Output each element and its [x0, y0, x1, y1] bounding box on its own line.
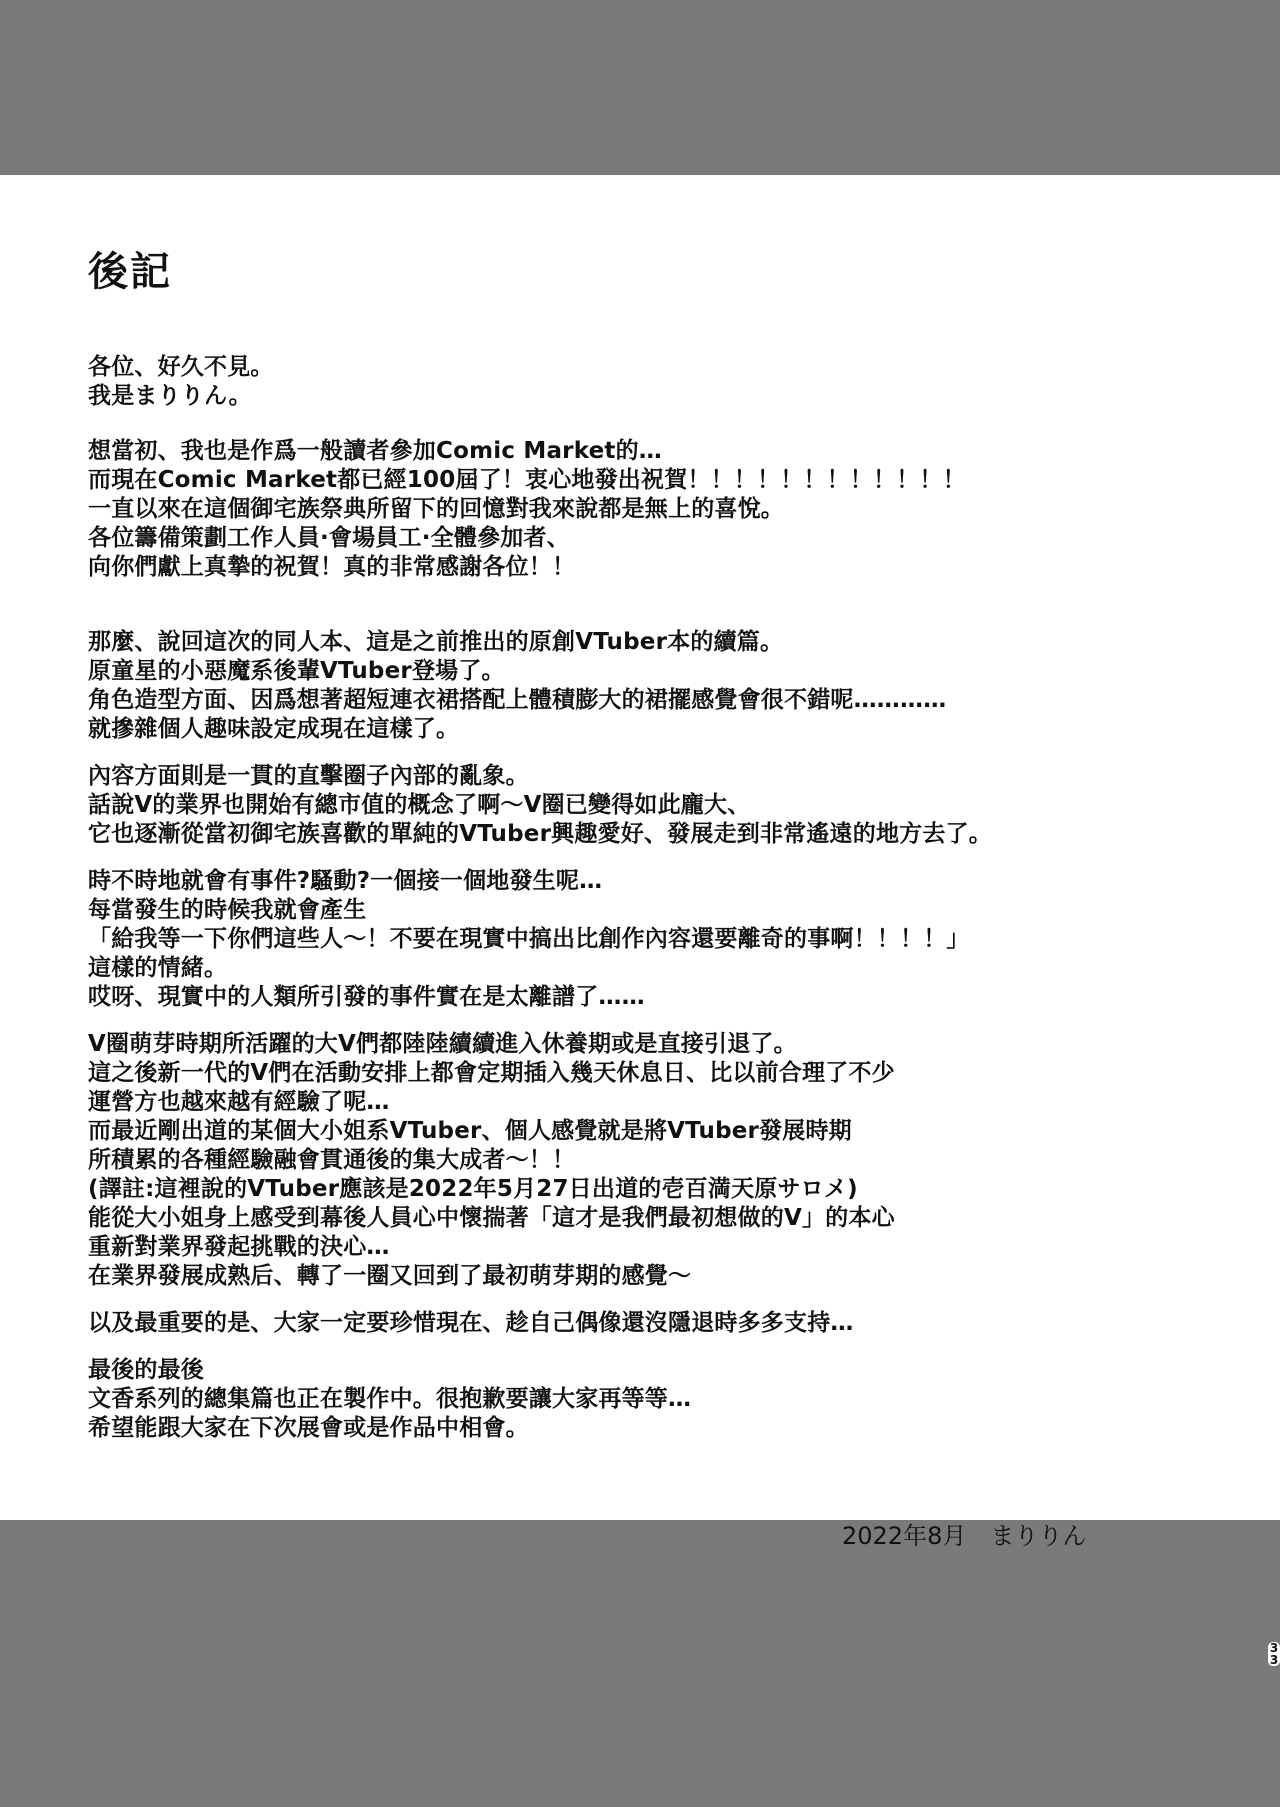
signature-date-author: 2022年8月 まりりん [842, 1521, 1086, 1551]
bottom-gray-margin [0, 1520, 1280, 1807]
text-line: 哎呀、現實中的人類所引發的事件實在是太離譜了…… [88, 983, 1208, 1012]
text-line: 重新對業界發起挑戰的決心… [88, 1233, 1208, 1262]
text-line: 時不時地就會有事件?騷動?一個接一個地發生呢… [88, 867, 1208, 896]
text-line: 能從大小姐身上感受到幕後人員心中懷揣著「這才是我們最初想做的V」的本心 [88, 1204, 1208, 1233]
text-line: 而最近剛出道的某個大小姐系VTuber、個人感覺就是將VTuber發展時期 [88, 1117, 1208, 1146]
paragraph-closing: 最後的最後 文香系列的總集篇也正在製作中。很抱歉要讓大家再等等… 希望能跟大家在… [88, 1356, 1208, 1443]
paragraph-vtuber-industry: V圈萌芽時期所活躍的大V們都陸陸續續進入休養期或是直接引退了。 這之後新一代的V… [88, 1030, 1208, 1291]
page-title: 後記 [88, 240, 172, 297]
text-line: 各位籌備策劃工作人員·會場員工·全體參加者、 [88, 524, 1208, 553]
text-line: 它也逐漸從當初御宅族喜歡的單純的VTuber興趣愛好、發展走到非常遙遠的地方去了… [88, 820, 1208, 849]
paragraph-book-intro: 那麼、說回這次的同人本、這是之前推出的原創VTuber本的續篇。 原童星的小惡魔… [88, 628, 1208, 744]
text-line: 以及最重要的是、大家一定要珍惜現在、趁自己偶像還沒隱退時多多支持… [88, 1309, 1208, 1338]
page-number: 33 [1268, 1642, 1280, 1666]
text-line: 所積累的各種經驗融會貫通後的集大成者～！！ [88, 1146, 1208, 1175]
text-line: 角色造型方面、因爲想著超短連衣裙搭配上體積膨大的裙擺感覺會很不錯呢………… [88, 686, 1208, 715]
top-gray-margin [0, 0, 1280, 175]
translator-note: (譯註:這裡說的VTuber應該是2022年5月27日出道的壱百満天原サロメ) [88, 1175, 1208, 1204]
paragraph-comic-market: 想當初、我也是作爲一般讀者參加Comic Market的… 而現在Comic M… [88, 437, 1208, 582]
text-line: 向你們獻上真摯的祝賀！真的非常感謝各位！！ [88, 553, 1208, 582]
text-line: V圈萌芽時期所活躍的大V們都陸陸續續進入休養期或是直接引退了。 [88, 1030, 1208, 1059]
text-line: 希望能跟大家在下次展會或是作品中相會。 [88, 1414, 1208, 1443]
text-line: 文香系列的總集篇也正在製作中。很抱歉要讓大家再等等… [88, 1385, 1208, 1414]
text-line: 內容方面則是一貫的直擊圈子內部的亂象。 [88, 762, 1208, 791]
text-line: 那麼、說回這次的同人本、這是之前推出的原創VTuber本的續篇。 [88, 628, 1208, 657]
text-line: 在業界發展成熟后、轉了一圈又回到了最初萌芽期的感覺～ [88, 1262, 1208, 1291]
paragraph-support: 以及最重要的是、大家一定要珍惜現在、趁自己偶像還沒隱退時多多支持… [88, 1309, 1208, 1338]
paragraph-greeting: 各位、好久不見。 我是まりりん。 [88, 353, 1208, 411]
text-line: 而現在Comic Market都已經100屆了！衷心地發出祝賀！！！！！！！！！… [88, 466, 1208, 495]
text-line: 這之後新一代的V們在活動安排上都會定期插入幾天休息日、比以前合理了不少 [88, 1059, 1208, 1088]
text-line: 我是まりりん。 [88, 382, 1208, 411]
text-line: 「給我等一下你們這些人～！不要在現實中搞出比創作內容還要離奇的事啊！！！！」 [88, 925, 1208, 954]
afterword-body: 各位、好久不見。 我是まりりん。 想當初、我也是作爲一般讀者參加Comic Ma… [88, 353, 1208, 1443]
text-line: 就摻雜個人趣味設定成現在這樣了。 [88, 715, 1208, 744]
paragraph-incidents: 時不時地就會有事件?騷動?一個接一個地發生呢… 每當發生的時候我就會產生 「給我… [88, 867, 1208, 1012]
text-line: 話說V的業界也開始有總市值的概念了啊～V圈已變得如此龐大、 [88, 791, 1208, 820]
text-line: 想當初、我也是作爲一般讀者參加Comic Market的… [88, 437, 1208, 466]
text-line: 原童星的小惡魔系後輩VTuber登場了。 [88, 657, 1208, 686]
text-line: 運營方也越來越有經驗了呢… [88, 1088, 1208, 1117]
text-line: 各位、好久不見。 [88, 353, 1208, 382]
text-line: 每當發生的時候我就會產生 [88, 896, 1208, 925]
text-line: 一直以來在這個御宅族祭典所留下的回憶對我來說都是無上的喜悅。 [88, 495, 1208, 524]
paragraph-content: 內容方面則是一貫的直擊圈子內部的亂象。 話說V的業界也開始有總市值的概念了啊～V… [88, 762, 1208, 849]
text-line: 最後的最後 [88, 1356, 1208, 1385]
text-line: 這樣的情緒。 [88, 954, 1208, 983]
